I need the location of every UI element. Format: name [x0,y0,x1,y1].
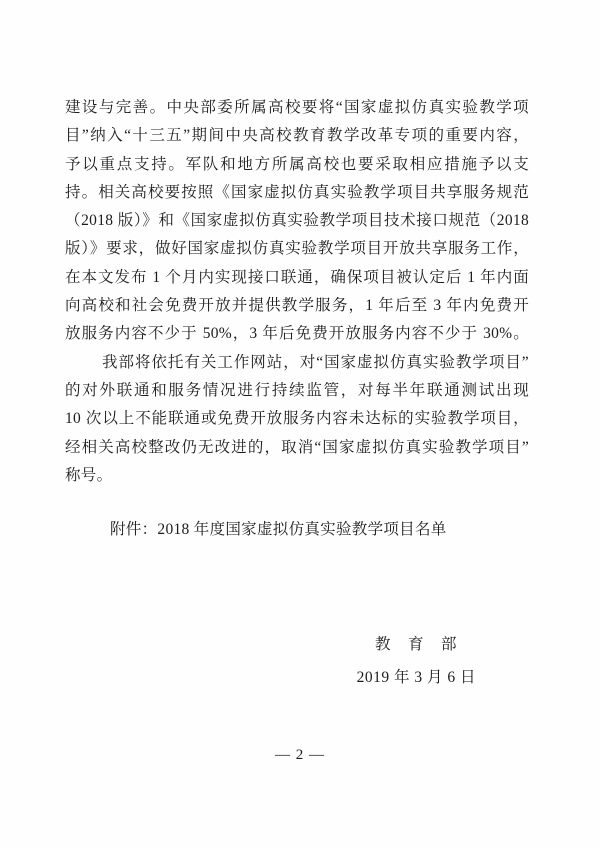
page-number: — 2 — [0,741,600,769]
body-line: 向高校和社会免费开放并提供教学服务，1 年后至 3 年内免费开 [65,292,529,320]
body-line: 版）》要求，做好国家虚拟仿真实验教学项目开放共享服务工作， [65,235,529,263]
body-line: 我部将依托有关工作网站，对“国家虚拟仿真实验教学项目” [65,349,529,377]
body-line: 10 次以上不能联通或免费开放服务内容未达标的实验教学项目， [65,405,529,433]
body-line: 称号。 [65,462,529,490]
body-line: 放服务内容不少于 50%，3 年后免费开放服务内容不少于 30%。 [65,320,529,348]
body-line: 经相关高校整改仍无改进的，取消“国家虚拟仿真实验教学项目” [65,434,529,462]
body-line: 目”纳入“十三五”期间中央高校教育教学改革专项的重要内容， [65,122,529,150]
body-paragraphs: 建设与完善。中央部委所属高校要将“国家虚拟仿真实验教学项 目”纳入“十三五”期间… [65,94,529,490]
signature-date: 2019 年 3 月 6 日 [357,664,476,692]
signer-name: 教 育 部 [357,631,476,659]
body-line: 在本文发布 1 个月内实现接口联通，确保项目被认定后 1 年内面 [65,264,529,292]
body-line: （2018 版）》和《国家虚拟仿真实验教学项目技术接口规范（2018 [65,207,529,235]
attachment-line: 附件：2018 年度国家虚拟仿真实验教学项目名单 [65,516,529,544]
body-line: 的对外联通和服务情况进行持续监管，对每半年联通测试出现 [65,377,529,405]
document-page: 建设与完善。中央部委所属高校要将“国家虚拟仿真实验教学项 目”纳入“十三五”期间… [0,0,600,848]
body-line: 持。相关高校要按照《国家虚拟仿真实验教学项目共享服务规范 [65,179,529,207]
body-line: 建设与完善。中央部委所属高校要将“国家虚拟仿真实验教学项 [65,94,529,122]
body-line: 予以重点支持。军队和地方所属高校也要采取相应措施予以支 [65,151,529,179]
signature-block: 教 育 部 2019 年 3 月 6 日 [357,631,476,692]
